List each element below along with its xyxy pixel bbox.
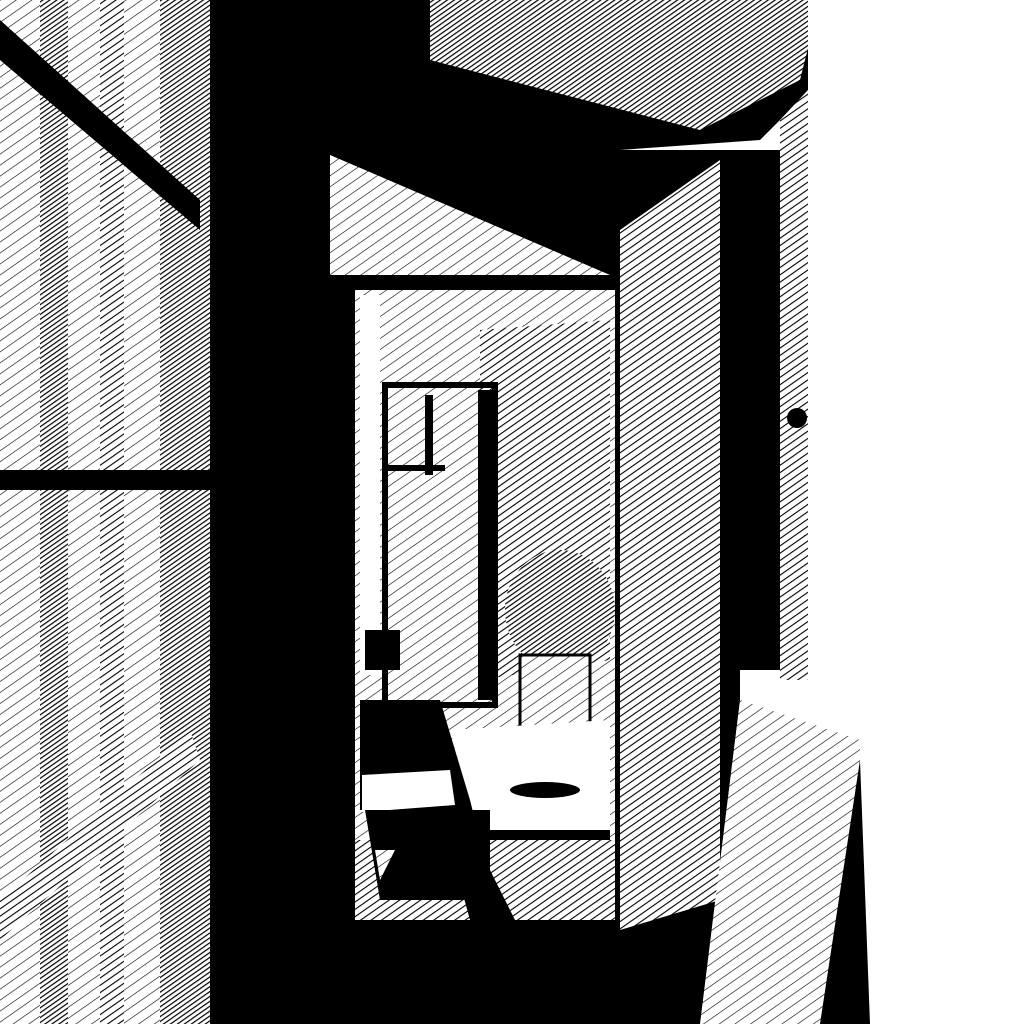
doorway-illustration: [0, 0, 1024, 1024]
left-window: [0, 0, 230, 1024]
sketch-scene: [0, 0, 1024, 1024]
right-bright-wall: [700, 0, 1024, 1024]
radiator: [365, 630, 400, 670]
wall-switch: [787, 408, 807, 428]
